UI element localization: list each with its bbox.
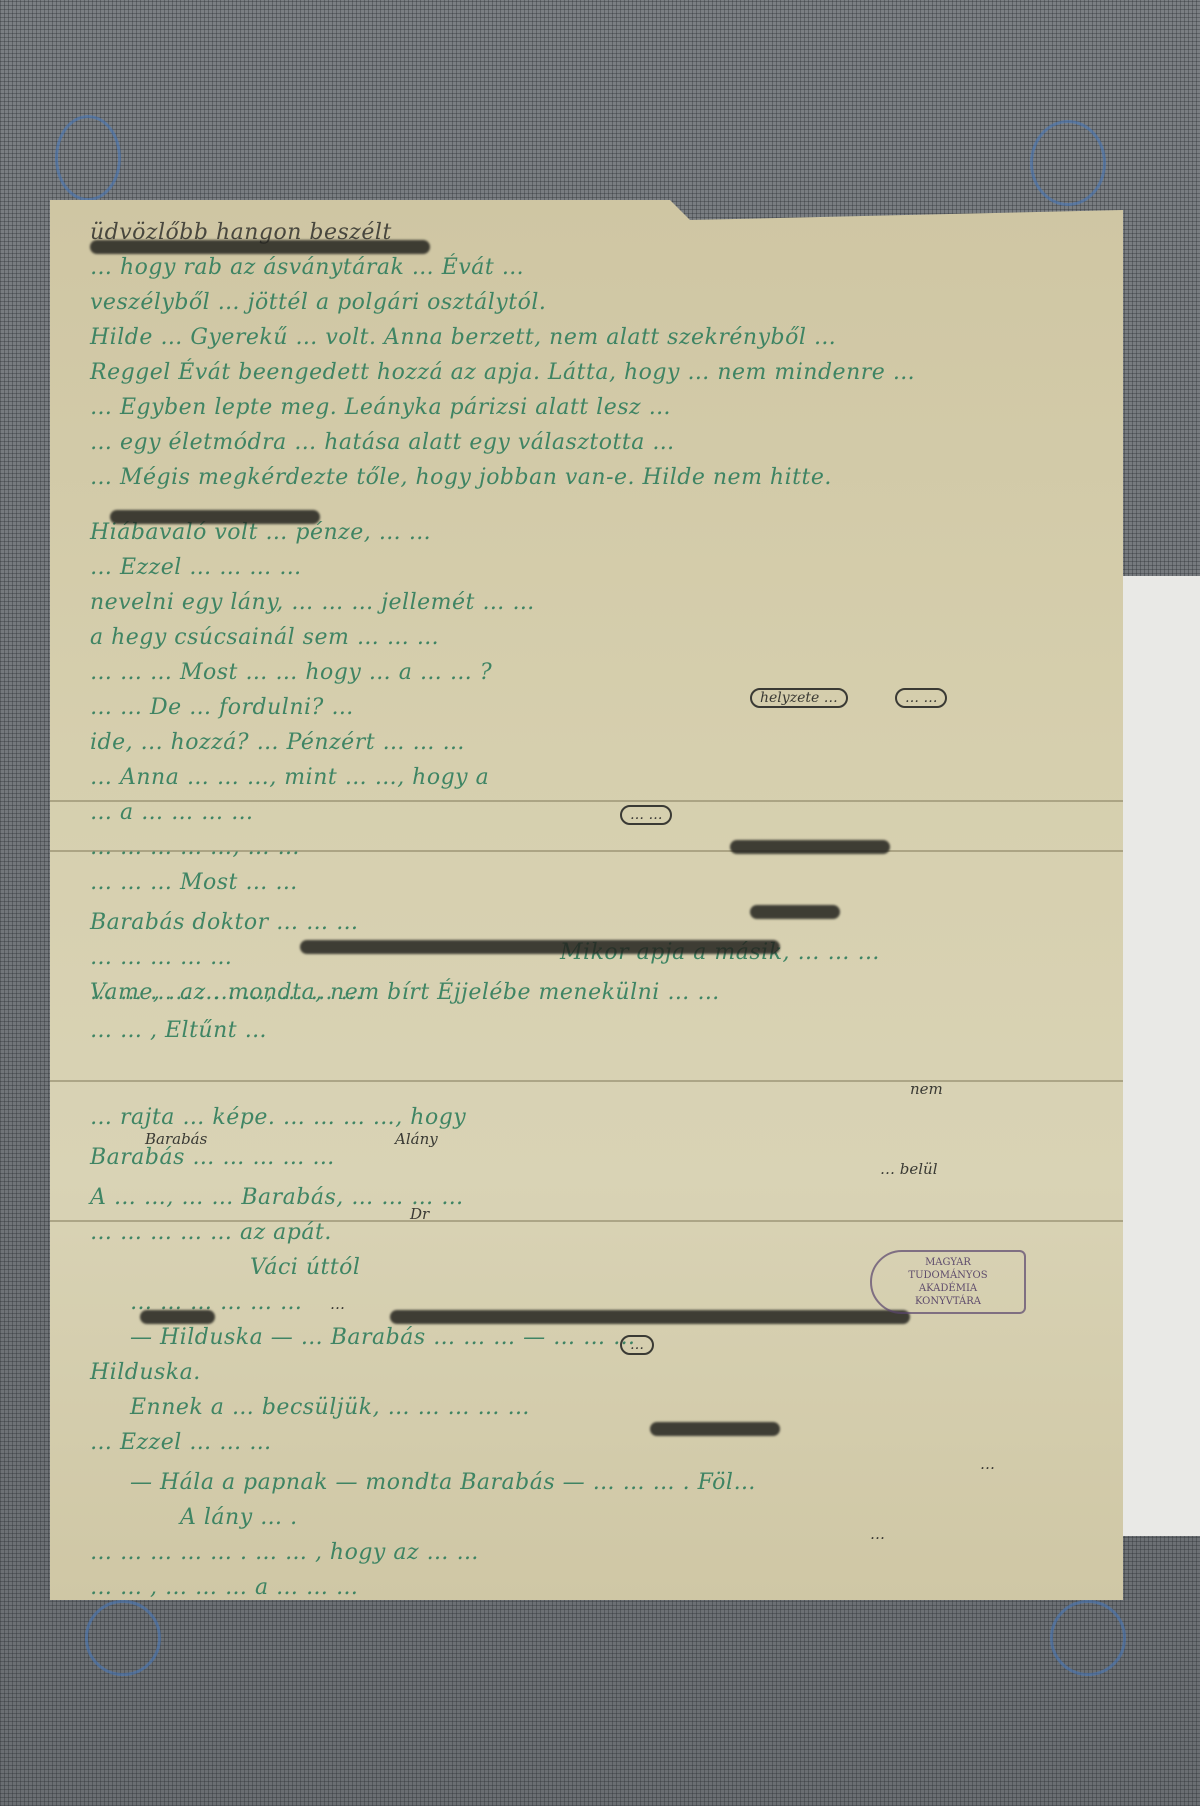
handwritten-line: … … , … … … a … … … bbox=[90, 1575, 359, 1600]
handwritten-line: … egy életmódra … hatása alatt egy válas… bbox=[90, 430, 675, 455]
handwritten-line: Ennek a … becsüljük, … … … … … bbox=[130, 1395, 530, 1420]
margin-annotation: … belül bbox=[880, 1160, 938, 1178]
backing-card bbox=[1116, 576, 1200, 1536]
handwritten-line: Hilde … Gyerekű … volt. Anna berzett, ne… bbox=[90, 325, 836, 350]
handwritten-line: … rajta … képe. … … … …, hogy bbox=[90, 1105, 466, 1130]
corner-mark-bottom-left bbox=[85, 1600, 161, 1676]
handwritten-line: … … … Most … … bbox=[90, 870, 298, 895]
circled-insertion: … … bbox=[895, 688, 947, 708]
corner-mark-bottom-right bbox=[1050, 1600, 1126, 1676]
strikethrough-scribble bbox=[650, 1422, 780, 1436]
handwritten-line: … … … Most … … hogy … a … … ? bbox=[90, 660, 492, 685]
handwritten-line: … … De … fordulni? … bbox=[90, 695, 354, 720]
handwritten-line: … a … … … … bbox=[90, 800, 254, 825]
library-stamp: MAGYAR TUDOMÁNYOS AKADÉMIA KONYVTÁRA bbox=[870, 1250, 1026, 1314]
strikethrough-scribble bbox=[750, 905, 840, 919]
handwritten-line: … … … … … az apát. bbox=[90, 1220, 332, 1245]
strikethrough-scribble bbox=[390, 1310, 910, 1324]
strikethrough-scribble bbox=[300, 940, 780, 954]
handwritten-line: a hegy csúcsainál sem … … … bbox=[90, 625, 439, 650]
margin-annotation: Alány bbox=[395, 1130, 438, 1148]
circled-insertion: helyzete … bbox=[750, 688, 848, 708]
handwritten-line: A lány … . bbox=[180, 1505, 298, 1530]
margin-annotation: Dr bbox=[410, 1205, 429, 1223]
handwritten-line: … Mégis megkérdezte tőle, hogy jobban va… bbox=[90, 465, 832, 490]
handwritten-line: — Hilduska — … Barabás … … … — … … … bbox=[130, 1325, 636, 1350]
circled-insertion: … bbox=[620, 1335, 654, 1355]
margin-annotation: … bbox=[980, 1455, 995, 1473]
handwritten-line: … … , Eltűnt … bbox=[90, 1018, 267, 1043]
handwritten-line: … Ezzel … … … … bbox=[90, 555, 302, 580]
fold-line bbox=[50, 1080, 1123, 1082]
handwritten-line: — Hála a papnak — mondta Barabás — … … …… bbox=[130, 1470, 756, 1495]
handwritten-line: nevelni egy lány, … … … jellemét … … bbox=[90, 590, 535, 615]
margin-annotation: nem bbox=[910, 1080, 943, 1098]
handwritten-line: Vame, … … mondta, nem bírt Éjjelébe mene… bbox=[90, 980, 720, 1005]
handwritten-line: Barabás … … … … … bbox=[90, 1145, 335, 1170]
handwritten-line: Reggel Évát beengedett hozzá az apja. Lá… bbox=[90, 360, 915, 385]
stamp-line-2: TUDOMÁNYOS AKADÉMIA bbox=[878, 1269, 1018, 1295]
handwritten-line: ide, ... hozzá? … Pénzért … … … bbox=[90, 730, 465, 755]
handwritten-line: Barabás doktor … … … bbox=[90, 910, 359, 935]
strikethrough-scribble bbox=[730, 840, 890, 854]
handwritten-line: … Anna … … …, mint … …, hogy a bbox=[90, 765, 489, 790]
strikethrough-scribble bbox=[140, 1310, 215, 1324]
manuscript-page: üdvözlőbb hangon beszélt… hogy rab az ás… bbox=[50, 200, 1123, 1600]
handwritten-line: … … … … … . … … , hogy az … … bbox=[90, 1540, 479, 1565]
handwritten-line: … Ezzel … … … bbox=[90, 1430, 272, 1455]
handwritten-line: … … … … …, … … bbox=[90, 835, 300, 860]
strikethrough-scribble bbox=[110, 510, 320, 524]
strikethrough-scribble bbox=[380, 1745, 510, 1759]
margin-annotation: Barabás bbox=[145, 1130, 207, 1148]
handwritten-line: Hilduska. bbox=[90, 1360, 201, 1385]
circled-insertion: … … bbox=[620, 805, 672, 825]
handwritten-line: … … … … … bbox=[90, 945, 232, 970]
stamp-line-3: KONYVTÁRA bbox=[878, 1295, 1018, 1308]
stamp-line-1: MAGYAR bbox=[878, 1256, 1018, 1269]
strikethrough-scribble bbox=[90, 240, 430, 254]
handwritten-line: … hogy rab az ásványtárak … Évát … bbox=[90, 255, 524, 280]
handwritten-line: A … …, … … Barabás, … … … … bbox=[90, 1185, 464, 1210]
handwritten-line: … Egyben lepte meg. Leányka párizsi alat… bbox=[90, 395, 671, 420]
margin-annotation: … bbox=[330, 1295, 345, 1313]
handwritten-line: veszélyből … jöttél a polgári osztálytól… bbox=[90, 290, 546, 315]
handwritten-line: Váci úttól bbox=[250, 1255, 360, 1280]
margin-annotation: … bbox=[870, 1525, 885, 1543]
corner-mark-top-right bbox=[1030, 120, 1106, 206]
corner-mark-top-left bbox=[55, 115, 121, 201]
